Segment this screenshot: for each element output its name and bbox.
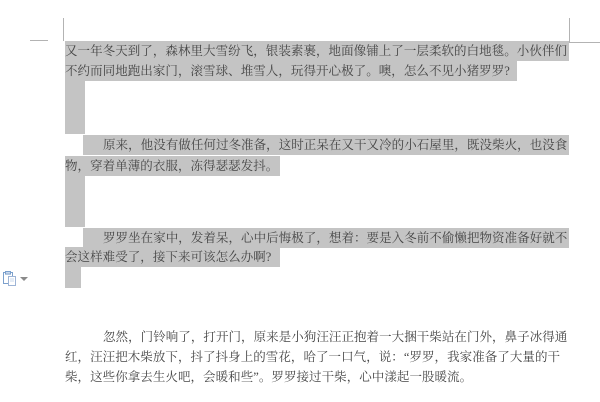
paragraph-3-line-2-text: 会这样难受了，接下来可该怎么办啊?	[65, 250, 271, 264]
text-boundary-mark-top-right-horizontal	[569, 42, 600, 43]
selected-empty-lines-1[interactable]	[65, 80, 85, 134]
paragraph-1-line-1-text: 又一年冬天到了，森林里大雪纷飞，银装素裹，地面像铺上了一层柔软的白地毯。小伙伴们	[65, 44, 567, 58]
paste-options-button[interactable]	[3, 270, 31, 287]
paragraph-4-line-3[interactable]: 柴，这些你拿去生火吧，会暖和些”。罗罗接过干柴，心中漾起一股暖流。	[65, 367, 480, 387]
selected-empty-lines-2[interactable]	[65, 176, 85, 227]
paragraph-3-line-2[interactable]: 会这样难受了，接下来可该怎么办啊?	[65, 247, 280, 267]
paragraph-3-line-1[interactable]: 罗罗坐在家中，发着呆，心中后悔极了，想着：要是入冬前不偷懒把物资准备好就不	[83, 228, 569, 248]
paragraph-2-line-1-text: 原来，他没有做任何过冬准备，这时正呆在又干又冷的小石屋里，既没柴火，也没食	[103, 138, 567, 152]
paragraph-1-line-2-text: 不约而同地跑出家门，滚雪球、堆雪人，玩得开心极了。噢，怎么不见小猪罗罗?	[65, 64, 510, 78]
clipboard-paste-icon[interactable]	[3, 271, 16, 286]
selected-empty-lines-3[interactable]	[65, 267, 81, 288]
text-boundary-mark-top-left-vertical	[63, 18, 64, 41]
paragraph-4-line-1-text: 忽然，门铃响了，打开门，原来是小狗汪汪正抱着一大捆干柴站在门外，鼻子冰得通	[103, 330, 567, 344]
paragraph-2-line-2[interactable]: 物，穿着单薄的衣服，冻得瑟瑟发抖。	[65, 156, 280, 176]
paragraph-2-line-2-text: 物，穿着单薄的衣服，冻得瑟瑟发抖。	[65, 159, 278, 173]
paragraph-4-line-2[interactable]: 红，汪汪把木柴放下，抖了抖身上的雪花，哈了一口气，说：“罗罗，我家准备了大量的干	[65, 347, 568, 367]
paragraph-1-line-1[interactable]: 又一年冬天到了，森林里大雪纷飞，银装素裹，地面像铺上了一层柔软的白地毯。小伙伴们	[65, 41, 569, 61]
chevron-down-icon[interactable]	[20, 277, 28, 281]
text-boundary-mark-top-right-vertical	[569, 18, 570, 43]
document-page[interactable]: 又一年冬天到了，森林里大雪纷飞，银装素裹，地面像铺上了一层柔软的白地毯。小伙伴们…	[0, 0, 600, 402]
text-boundary-mark-top-left-horizontal	[30, 40, 48, 41]
paragraph-3-line-1-text: 罗罗坐在家中，发着呆，心中后悔极了，想着：要是入冬前不偷懒把物资准备好就不	[103, 231, 567, 245]
paragraph-1-line-2[interactable]: 不约而同地跑出家门，滚雪球、堆雪人，玩得开心极了。噢，怎么不见小猪罗罗?	[65, 61, 517, 81]
paragraph-2-line-1[interactable]: 原来，他没有做任何过冬准备，这时正呆在又干又冷的小石屋里，既没柴火，也没食	[83, 135, 569, 155]
paragraph-4-line-2-text: 红，汪汪把木柴放下，抖了抖身上的雪花，哈了一口气，说：“罗罗，我家准备了大量的干	[65, 350, 560, 364]
paragraph-4-line-1[interactable]: 忽然，门铃响了，打开门，原来是小狗汪汪正抱着一大捆干柴站在门外，鼻子冰得通	[103, 327, 568, 347]
paragraph-4-line-3-text: 柴，这些你拿去生火吧，会暖和些”。罗罗接过干柴，心中漾起一股暖流。	[65, 370, 472, 384]
